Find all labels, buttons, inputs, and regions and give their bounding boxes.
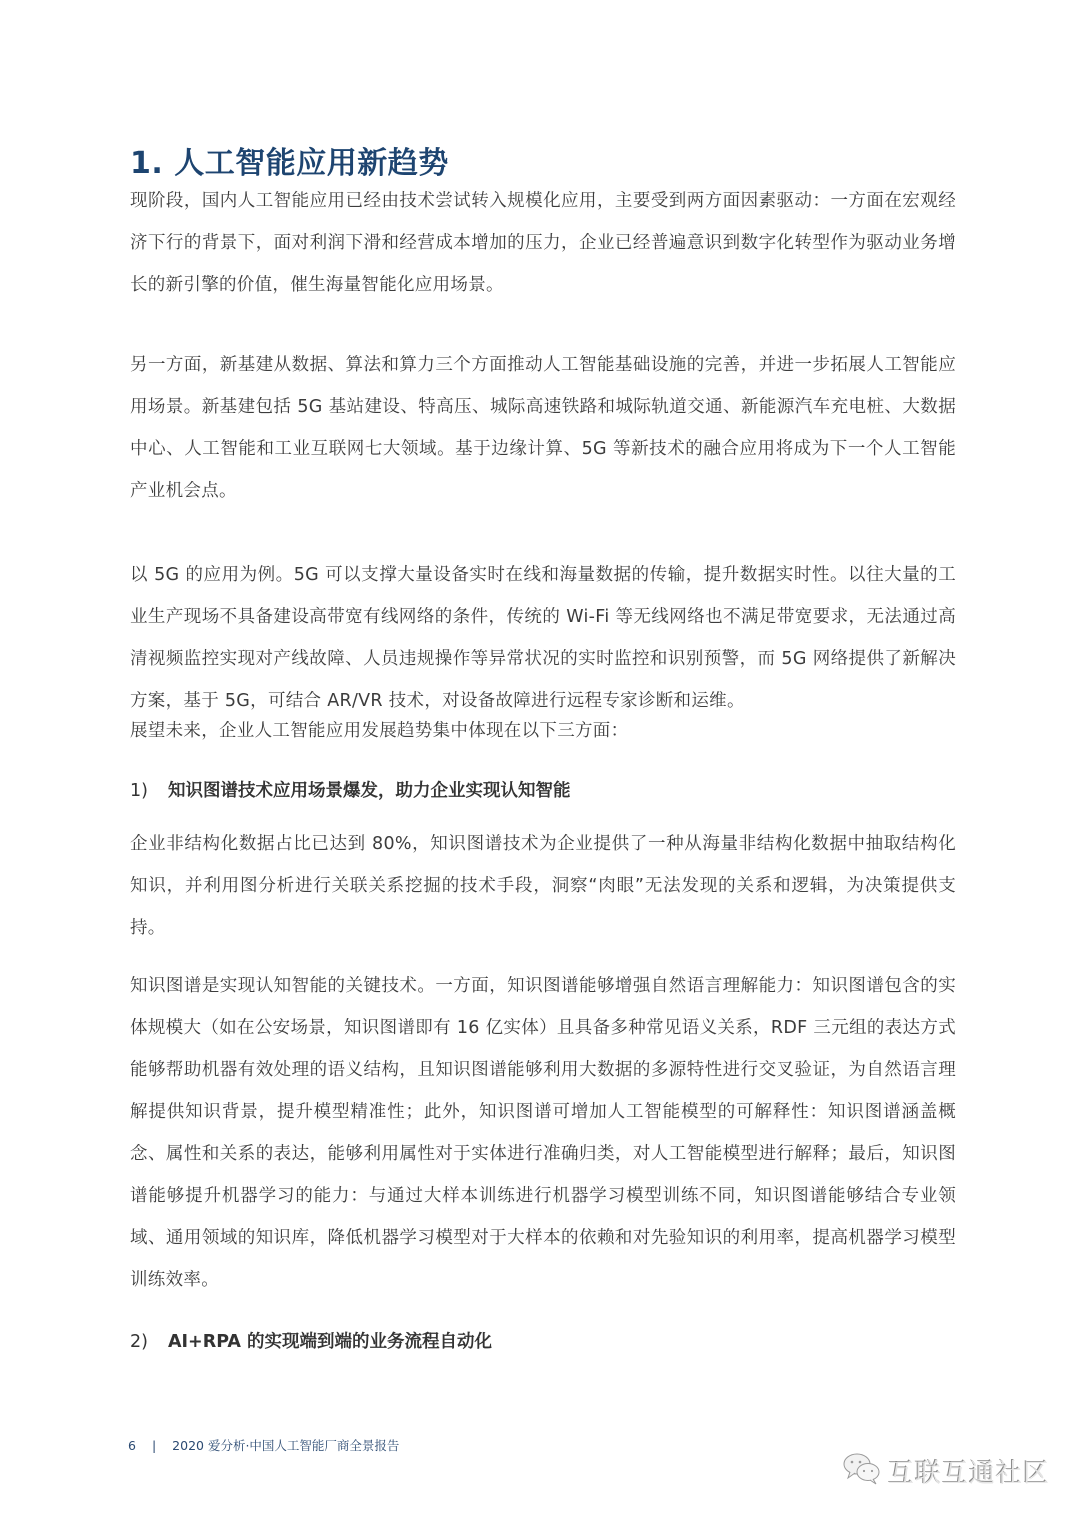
paragraph-6: 知识图谱是实现认知智能的关键技术。一方面，知识图谱能够增强自然语言理解能力：知识… xyxy=(130,965,956,1301)
paragraph-4: 展望未来，企业人工智能应用发展趋势集中体现在以下三方面： xyxy=(130,710,956,752)
subheading-text: 知识图谱技术应用场景爆发，助力企业实现认知智能 xyxy=(168,781,571,801)
paragraph-3: 以 5G 的应用为例。5G 可以支撑大量设备实时在线和海量数据的传输，提升数据实… xyxy=(130,554,956,722)
subheading-1: 1)知识图谱技术应用场景爆发，助力企业实现认知智能 xyxy=(130,777,571,802)
subheading-number: 1) xyxy=(130,781,168,801)
wechat-icon xyxy=(842,1452,882,1490)
paragraph-5: 企业非结构化数据占比已达到 80%，知识图谱技术为企业提供了一种从海量非结构化数… xyxy=(130,823,956,949)
subheading-number: 2) xyxy=(130,1332,168,1352)
paragraph-1: 现阶段，国内人工智能应用已经由技术尝试转入规模化应用，主要受到两方面因素驱动：一… xyxy=(130,180,956,306)
subheading-2: 2)AI+RPA 的实现端到端的业务流程自动化 xyxy=(130,1328,492,1353)
paragraph-2: 另一方面，新基建从数据、算法和算力三个方面推动人工智能基础设施的完善，并进一步拓… xyxy=(130,344,956,512)
subheading-text: AI+RPA 的实现端到端的业务流程自动化 xyxy=(168,1332,492,1352)
watermark-text: 互联互通社区 xyxy=(888,1453,1050,1490)
page-footer: 6|2020 爱分析·中国人工智能厂商全景报告 xyxy=(128,1436,399,1454)
watermark: 互联互通社区 xyxy=(842,1452,1050,1490)
page-number: 6 xyxy=(128,1438,136,1453)
report-title: 2020 爱分析·中国人工智能厂商全景报告 xyxy=(172,1438,399,1453)
section-title: 1. 人工智能应用新趋势 xyxy=(130,138,449,182)
footer-separator: | xyxy=(152,1438,156,1453)
document-page: 1. 人工智能应用新趋势 现阶段，国内人工智能应用已经由技术尝试转入规模化应用，… xyxy=(0,0,1080,1526)
